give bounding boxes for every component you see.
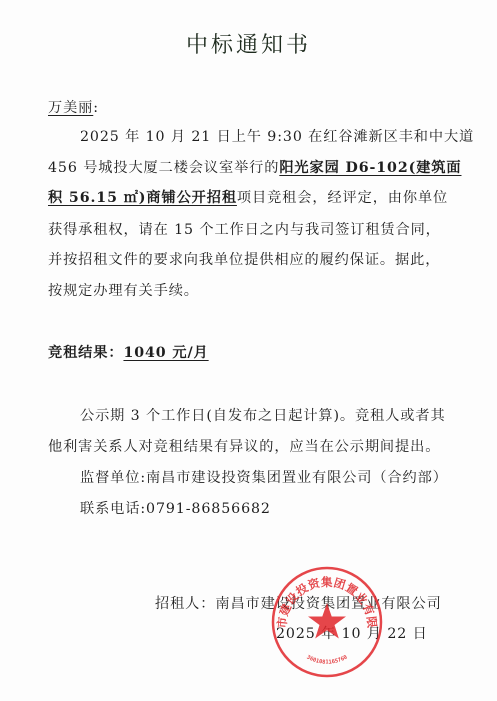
result-line: 竞租结果：1040 元/月	[48, 343, 215, 363]
addressee: 万美丽:	[48, 98, 99, 118]
paragraph1-line1: 2025 年 10 月 21 日上午 9:30 在红谷滩新区丰和中大道	[80, 127, 474, 147]
svg-text:3601081165760: 3601081165760	[305, 655, 348, 666]
addressee-colon: :	[93, 100, 99, 116]
document-title: 中标通知书	[0, 28, 497, 59]
paragraph1-line3: 积 56.15 ㎡)商铺公开招租项目竞租会，经评定，由你单位	[48, 188, 448, 208]
project-name-part1: 阳光家园 D6-102(建筑面	[279, 160, 461, 176]
addressee-name: 万美丽	[48, 100, 93, 116]
star-icon	[308, 603, 346, 639]
seal-number: 3601081165760	[305, 655, 348, 666]
paragraph1-line4: 获得承租权，请在 15 个工作日之内与我司签订租赁合同，	[48, 220, 441, 240]
paragraph1-line6: 按规定办理有关手续。	[48, 281, 199, 301]
paragraph1-line3-post: 项目竞租会，经评定，由你单位	[237, 190, 448, 206]
paragraph1-line5: 并按招租文件的要求向我单位提供相应的履约保证。据此，	[48, 250, 440, 270]
paragraph1-line2-pre: 456 号城投大厦二楼会议室举行的	[48, 160, 279, 176]
document-page: 中标通知书 万美丽: 2025 年 10 月 21 日上午 9:30 在红谷滩新…	[0, 0, 497, 701]
paragraph1-line2: 456 号城投大厦二楼会议室举行的阳光家园 D6-102(建筑面	[48, 158, 461, 178]
result-label: 竞租结果：	[48, 345, 123, 361]
contact-line: 联系电话:0791-86856682	[80, 499, 271, 519]
paragraph2-line2: 他利害关系人对竞租结果有异议的，应当在公示期间提出。	[48, 437, 440, 457]
paragraph2-line1: 公示期 3 个工作日(自发布之日起计算)。竞租人或者其	[80, 406, 446, 426]
result-value: 1040 元/月	[123, 345, 214, 361]
project-name-part2: 积 56.15 ㎡)商铺公开招租	[48, 190, 237, 206]
seal-graphic: 南昌市建设投资集团置业有限公司 3601081165760	[270, 565, 384, 679]
supervisor-line: 监督单位:南昌市建设投资集团置业有限公司（合约部）	[80, 468, 448, 488]
company-seal: 南昌市建设投资集团置业有限公司 3601081165760	[270, 565, 384, 679]
